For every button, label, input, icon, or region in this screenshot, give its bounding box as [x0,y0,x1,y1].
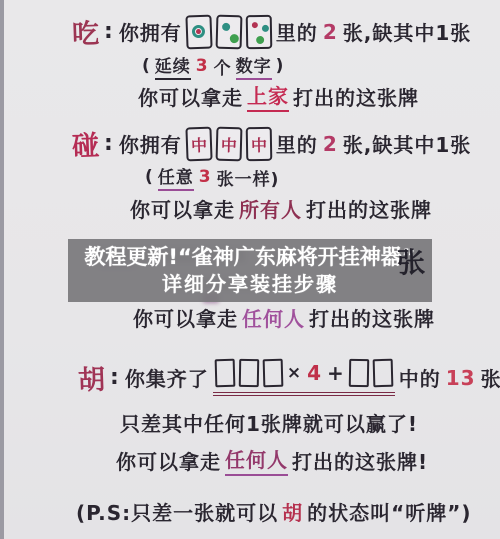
peng-target-suoyouren: 所有人 [239,194,302,223]
stray-zhang-char: 张 [396,241,425,282]
peng-note-num: 3 [198,167,213,187]
chi-label: 吃 [71,12,99,52]
peng-note-post: 张一样) [217,165,280,190]
blank-tile-icon [262,359,283,388]
chi-own-pre: 你拥有 [119,17,182,46]
chi-action-post: 打出的这张牌 [293,82,419,111]
one-dot-ring [192,24,205,37]
ps-pre: (P.S:只差一张就可以 [76,497,278,526]
chi-count: 2 [322,20,339,44]
gang-action-post: 打出的这张牌 [309,303,435,332]
hu-label: 胡 [77,358,105,398]
hu-formula: × 4 + [213,359,395,396]
zhong-tile-icon: 中 [185,126,212,161]
chi-note-line: ( 延续 3 个 数字 ) [142,52,284,80]
blank-tile-icon [214,359,235,388]
peng-own-mid: 里的 [276,129,318,158]
peng-note-open: ( [145,167,154,187]
hu-rule-line: 胡 : 你集齐了 × 4 + 中的 13 张牌 [78,358,500,397]
chi-own-post: 张,缺其中1张 [343,17,472,46]
hu-action-pre: 你可以拿走 [116,446,221,475]
ps-post: 的状态叫“听牌”) [307,497,471,526]
ps-hu-char: 胡 [282,497,303,526]
caption-banner: 教程更新!“雀神广东麻将开挂神器” 详细分享装挂步骤 [68,239,432,302]
peng-own-post: 张,缺其中1张 [343,129,472,158]
peng-note-renyi: 任意 [158,163,194,191]
chi-note-mid: 个 [214,54,232,79]
chi-target-shangjia: 上家 [247,80,289,112]
peng-action-line: 你可以拿走 所有人 打出的这张牌 [130,194,432,223]
hu-plus-sign: + [327,361,345,385]
blank-tile-icon [239,359,259,387]
chi-note-close: ) [276,56,285,76]
peng-action-pre: 你可以拿走 [130,194,235,223]
hu-action-line: 你可以拿走 任何人 打出的这张牌! [116,444,428,476]
hu-action-post: 打出的这张牌! [292,446,428,475]
chi-action-line: 你可以拿走 上家 打出的这张牌 [138,80,419,112]
gang-target-renheren: 任何人 [242,303,305,332]
chi-colon: : [104,19,113,44]
gang-action-pre: 你可以拿走 [133,303,238,332]
zhong-tile-icon: 中 [246,126,273,160]
peng-count: 2 [322,132,339,156]
peng-note-line: ( 任意 3 张一样) [145,163,279,191]
peng-label: 碰 [71,124,99,164]
ps-line: (P.S:只差一张就可以 胡 的状态叫“听牌”) [76,497,472,526]
chi-own-mid: 里的 [276,17,318,46]
handwritten-mahjong-tutorial: 吃 : 你拥有 里的 2 张,缺其中1张 ( 延续 3 个 数字 ) 你可以拿走… [0,0,500,539]
hu-post: 张牌 [481,363,500,392]
peng-own-pre: 你拥有 [119,129,182,158]
one-dot-tile-icon [185,14,212,49]
chi-action-pre: 你可以拿走 [138,82,243,111]
blank-tile-icon [349,359,369,387]
peng-rule-line: 碰 : 你拥有 中 中 中 里的 2 张,缺其中1张 [72,124,471,163]
hu-count: 13 [445,366,477,390]
hu-target-renheren: 任何人 [225,444,288,476]
hu-colon: : [110,365,119,390]
zhong-char: 中 [190,132,207,156]
peng-action-post: 打出的这张牌 [306,194,432,223]
zhong-char: 中 [220,132,237,155]
chi-note-open: ( [142,56,151,76]
hu-times-sign: × [287,363,302,383]
chi-rule-line: 吃 : 你拥有 里的 2 张,缺其中1张 [72,12,471,51]
banner-subtitle: 详细分享装挂步骤 [162,271,338,298]
zhong-tile-icon: 中 [215,126,242,161]
blank-tile-icon [372,359,393,388]
three-dot-tile-icon [246,14,273,48]
peng-colon: : [104,131,113,156]
chi-note-num: 3 [195,56,210,76]
hu-win-line: 只差其中任何1张牌就可以赢了! [120,408,418,437]
hu-win-text: 只差其中任何1张牌就可以赢了! [120,408,418,437]
banner-title: 教程更新!“雀神广东麻将开挂神器” [84,243,415,271]
hu-times-num: 4 [306,361,323,385]
hu-formula-post: 中的 [399,363,441,392]
left-edge-strip [0,0,4,539]
hu-pre: 你集齐了 [125,363,209,392]
chi-note-shuzi: 数字 [236,52,272,80]
chi-note-yanxu: 延续 [155,52,191,80]
gang-action-line: 你可以拿走 任何人 打出的这张牌 [133,303,435,332]
two-dot-tile-icon [215,14,242,49]
zhong-char: 中 [251,132,267,155]
